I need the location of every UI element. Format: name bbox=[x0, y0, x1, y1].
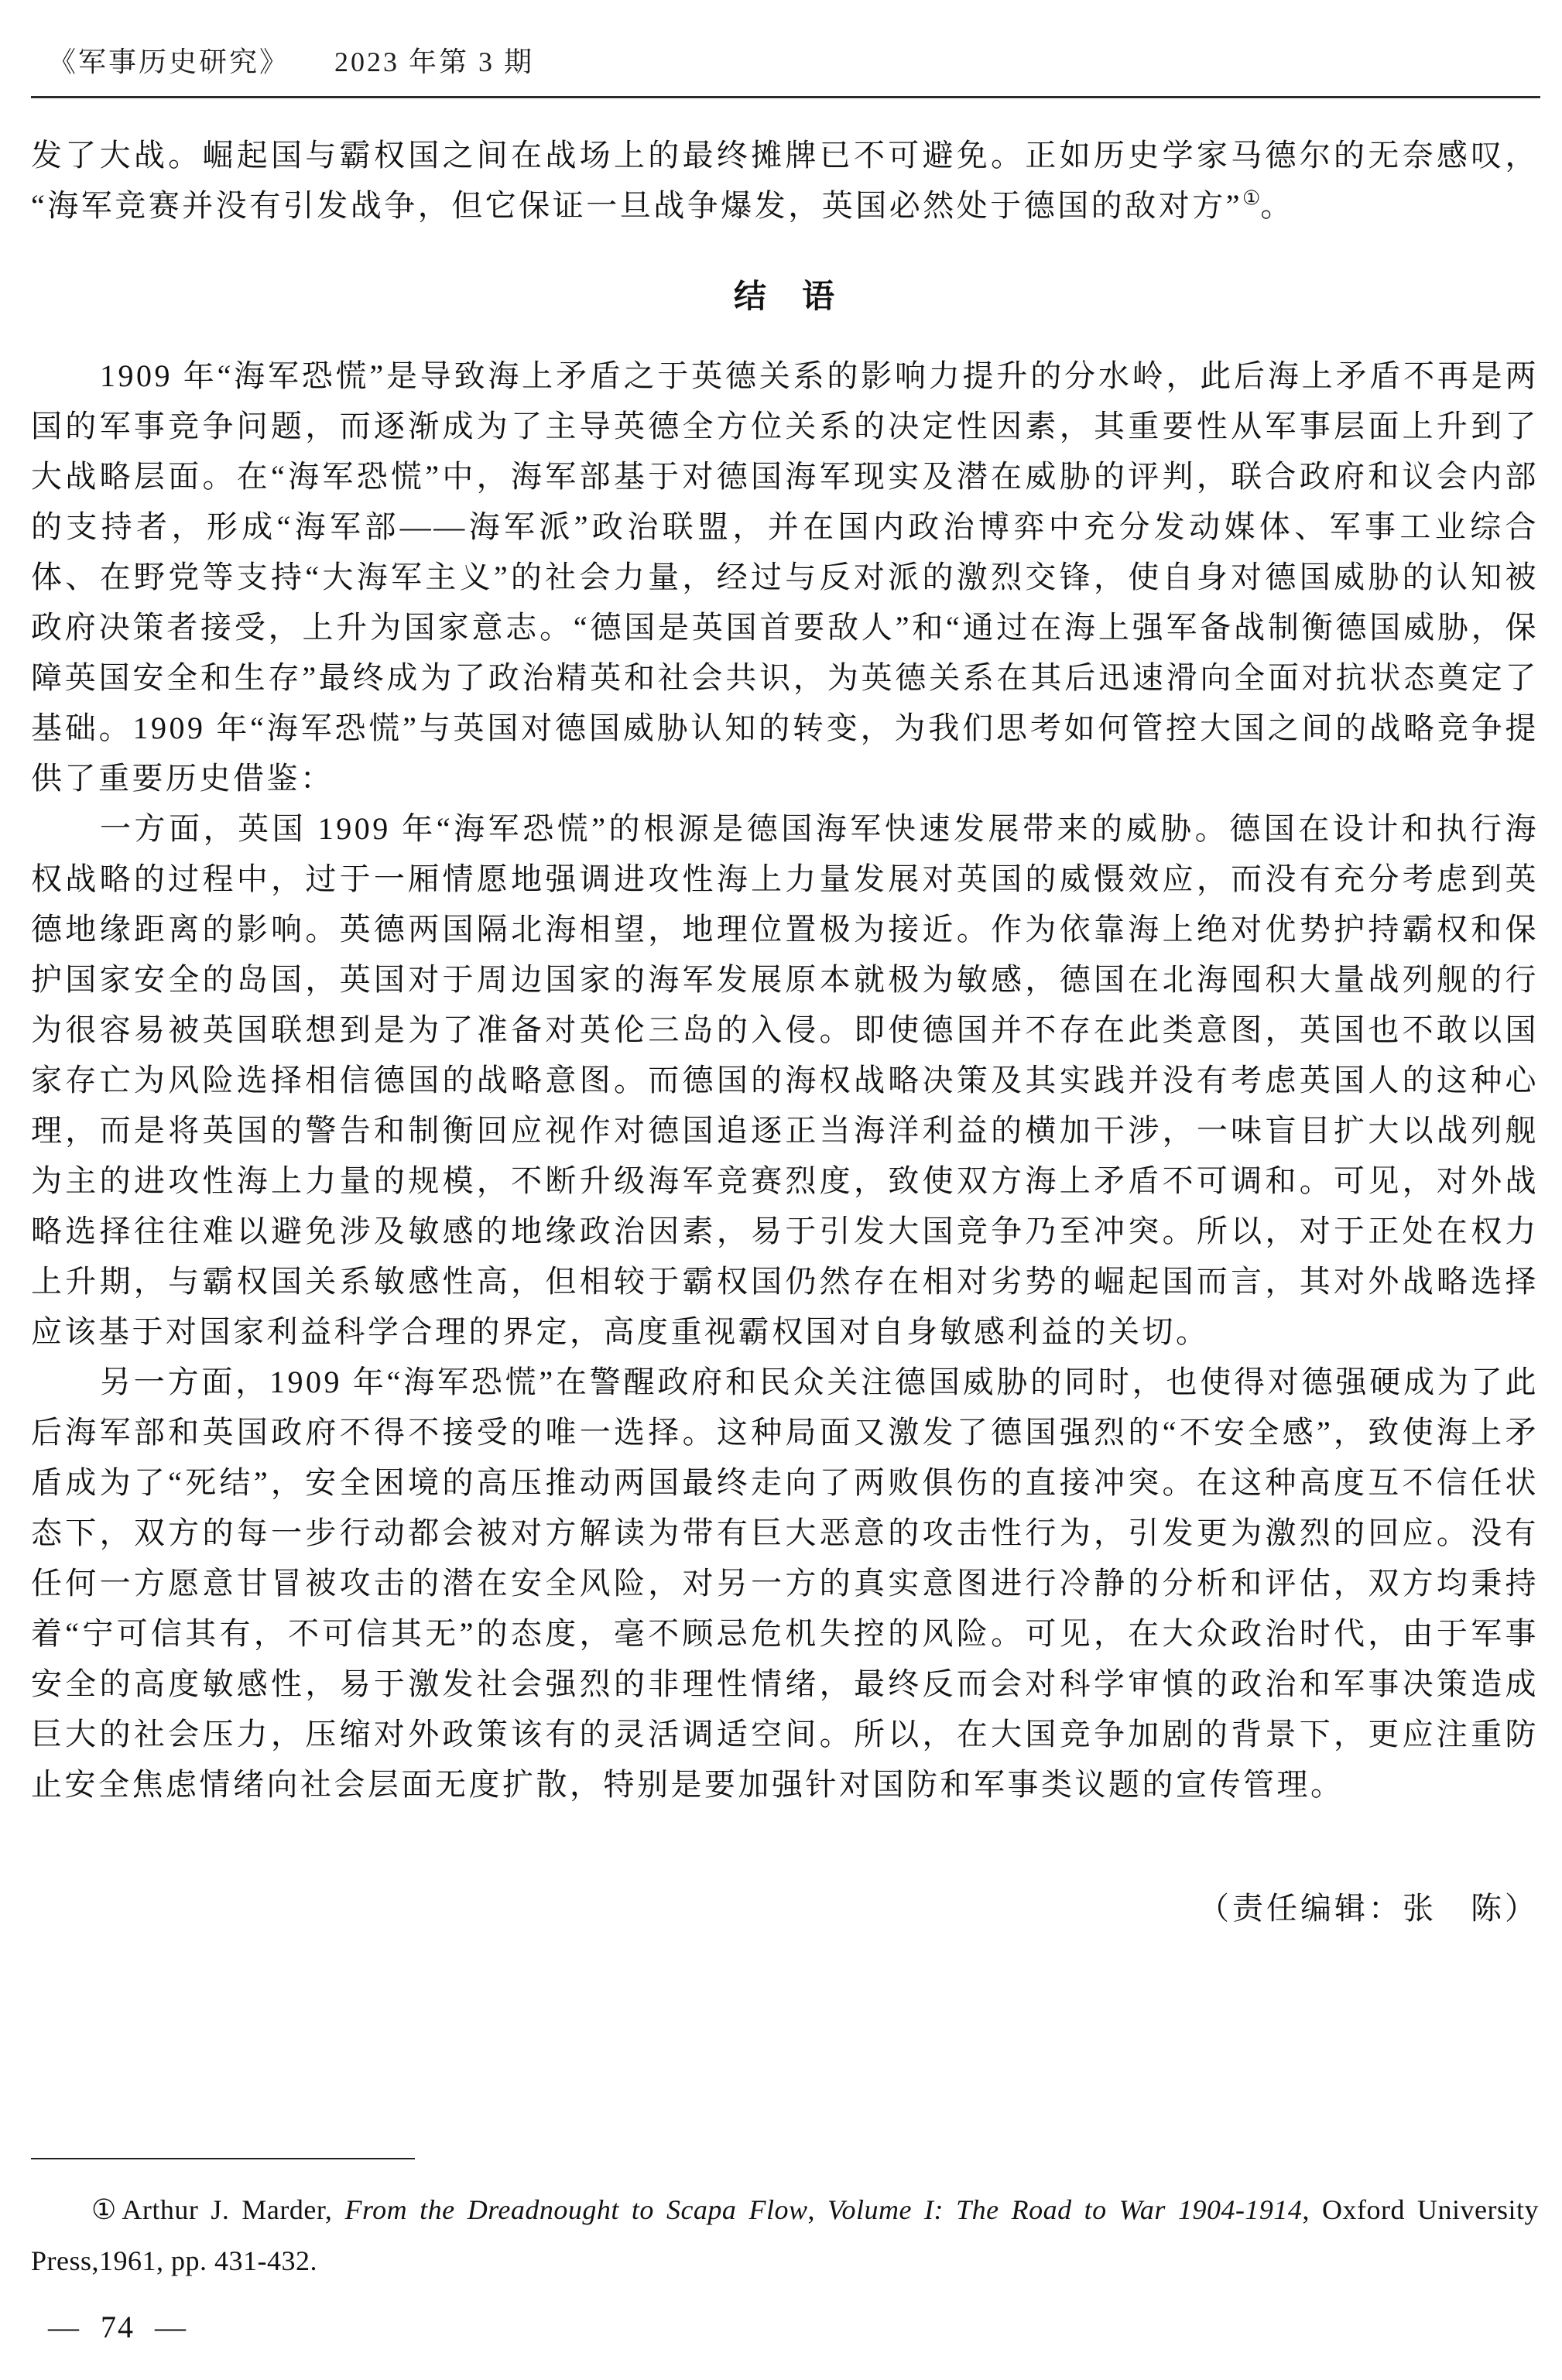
editor-note: （责任编辑：张 陈） bbox=[31, 1883, 1539, 1933]
footnote-book-title: From the Dreadnought to Scapa Flow bbox=[344, 2194, 807, 2225]
conclusion-paragraph-1: 1909 年“海军恐慌”是导致海上矛盾之于英德关系的影响力提升的分水岭，此后海上… bbox=[31, 351, 1539, 803]
footnote-marker: ① bbox=[91, 2194, 122, 2225]
footnote-author: Arthur J. Marder, bbox=[122, 2194, 344, 2225]
issue-info: 2023 年第 3 期 bbox=[334, 46, 534, 77]
running-header: 《军事历史研究》2023 年第 3 期 bbox=[48, 40, 534, 80]
footnote-separator-rule bbox=[31, 2158, 415, 2159]
lead-paragraph-tail: 。 bbox=[1260, 188, 1294, 223]
footnote-ref-marker: ① bbox=[1242, 187, 1260, 210]
footnote: ①Arthur J. Marder, From the Dreadnought … bbox=[31, 2184, 1539, 2286]
lead-paragraph: 发了大战。崛起国与霸权国之间在战场上的最终摊牌已不可避免。正如历史学家马德尔的无… bbox=[31, 130, 1539, 231]
page-number: — 74 — bbox=[48, 2309, 187, 2345]
journal-title: 《军事历史研究》 bbox=[48, 46, 289, 77]
header-rule bbox=[31, 96, 1540, 98]
journal-page: 《军事历史研究》2023 年第 3 期 发了大战。崛起国与霸权国之间在战场上的最… bbox=[0, 0, 1562, 2380]
footnote-volume-title: Volume I: The Road to War 1904-1914 bbox=[827, 2194, 1302, 2225]
lead-paragraph-text: 发了大战。崛起国与霸权国之间在战场上的最终摊牌已不可避免。正如历史学家马德尔的无… bbox=[31, 138, 1539, 223]
conclusion-paragraph-2: 一方面，英国 1909 年“海军恐慌”的根源是德国海军快速发展带来的威胁。德国在… bbox=[31, 803, 1539, 1357]
section-heading: 结 语 bbox=[31, 271, 1539, 321]
footnote-separator-text: , bbox=[807, 2194, 827, 2225]
conclusion-paragraph-3: 另一方面，1909 年“海军恐慌”在警醒政府和民众关注德国威胁的同时，也使得对德… bbox=[31, 1357, 1539, 1810]
article-body: 发了大战。崛起国与霸权国之间在战场上的最终摊牌已不可避免。正如历史学家马德尔的无… bbox=[31, 130, 1539, 1933]
